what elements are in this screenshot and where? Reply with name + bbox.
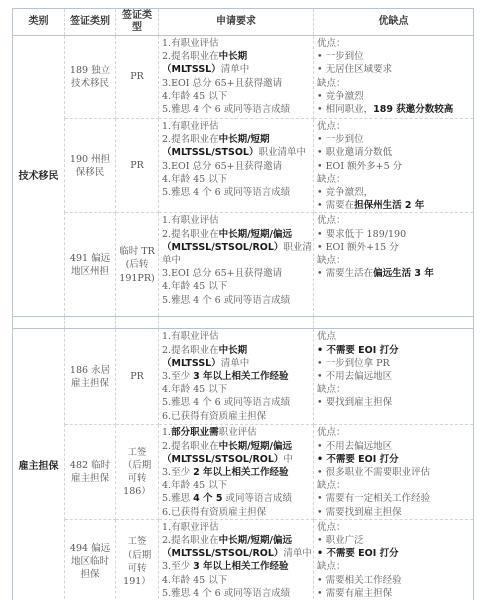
pros-cons-cell: 优点：• 一步到位• 无居住区域要求缺点：• 竞争激烈• 相同职业，189 获邀… [314, 36, 474, 119]
pros-cons-line: 优点： [317, 521, 470, 534]
requirement-line: （MLTSSL）清单中 [162, 63, 310, 76]
text-segment: • 要求低于 189/190 [317, 229, 406, 240]
visa-class-cell: 491 偏远地区州担 [65, 213, 116, 317]
text-segment: 4.年龄 45 以下 [162, 384, 227, 395]
pros-cons-line: • 很多职业不需要职业评估 [317, 466, 470, 479]
requirement-line: 5.雅思 4 个 6 或同等语言成绩 [162, 103, 310, 116]
pros-cons-line: • 需要找到雇主担保 [317, 506, 470, 519]
text-segment: 4.年龄 45 以下 [162, 91, 227, 102]
text-segment: • 不用去偏远地区 [317, 371, 392, 382]
header-pros-cons: 优缺点 [314, 9, 474, 36]
emphasis-text: 偏远生活 3 年 [373, 268, 434, 279]
text-segment: • 竞争激烈 [317, 91, 364, 102]
pros-cons-line: • 相同职业，189 获邀分数较高 [317, 103, 470, 116]
requirement-line: 2.提名职业在中长期/短期/偏远 [162, 228, 310, 241]
text-segment: • 一步到位拿 PR [317, 358, 390, 369]
requirement-line: 3.至少 3 年以上相关工作经验 [162, 560, 310, 573]
table-row: 技术移民189 独立技术移民PR1.有职业评估2.提名职业在中长期（MLTSSL… [13, 36, 474, 119]
requirement-line: （MLTSSL/STSOL/ROL）职业清 [162, 241, 310, 254]
visa-class-cell: 482 临时雇主担保 [65, 425, 116, 519]
visa-type-cell: 临时 TR (后转 191PR) [116, 213, 159, 317]
text-segment: 优点： [317, 522, 346, 533]
text-segment: • 需要有一定相关工作经验 [317, 493, 430, 504]
requirement-line: 5.雅思 4 个 5 或同等语言成绩 [162, 492, 310, 505]
text-segment: • 竞争激烈， [317, 187, 373, 198]
text-segment: 5.雅思 4 个 6 或同等语言成绩 [162, 295, 290, 306]
text-segment: 3.EOI 总分 65+且获得邀请 [162, 268, 282, 279]
text-segment: 1.有职业评估 [162, 331, 219, 342]
visa-type-cell: PR [116, 119, 159, 213]
pros-cons-line: • 需要有一定相关工作经验 [317, 492, 470, 505]
emphasis-text: 3 年以上相关工作经验 [193, 371, 288, 382]
text-segment: 缺点： [317, 480, 346, 491]
pros-cons-line: 优点： [317, 426, 470, 439]
pros-cons-line: • EOI 额外多+5 分 [317, 160, 470, 173]
emphasis-text: 部分职业需 [171, 427, 219, 438]
requirement-line: 1.有职业评估 [162, 521, 310, 534]
visa-type-cell: PR [116, 329, 159, 425]
text-segment: 优点： [317, 38, 346, 49]
emphasis-text: 中长期 [219, 51, 248, 62]
visa-class-cell: 186 永居雇主担保 [65, 329, 116, 425]
text-segment: 4.年龄 45 以下 [162, 480, 227, 491]
emphasis-text: 中长期/短期/偏远 [219, 441, 292, 452]
requirement-line: 1.有职业评估 [162, 330, 310, 343]
text-segment: 6.已获得有资质雇主担保 [162, 411, 266, 422]
requirement-line: （MLTSSL）清单中 [162, 357, 310, 370]
text-segment: • 相同职业， [317, 104, 373, 115]
requirement-line: 1.有职业评估 [162, 37, 310, 50]
text-segment: 缺点： [317, 78, 346, 89]
emphasis-text: （MLTSSL/STSOL） [162, 147, 259, 158]
text-segment: • 一步到位 [317, 134, 364, 145]
pros-cons-cell: 优点：• 不用去偏远地区• 不需要 EOI 打分• 很多职业不需要职业评估缺点：… [314, 425, 474, 519]
header-visa-type: 签证类型 [116, 9, 159, 36]
requirement-line: 3.EOI 总分 65+且获得邀请 [162, 160, 310, 173]
requirement-line: 5.雅思 4 个 6 或同等语言成绩 [162, 186, 310, 199]
table-row: 雇主担保186 永居雇主担保PR1.有职业评估2.提名职业在中长期（MLTSSL… [13, 329, 474, 425]
visa-class-cell: 190 州担保移民 [65, 119, 116, 213]
emphasis-text: （MLTSSL/STSOL/ROL） [162, 454, 283, 465]
text-segment: 优点 [317, 331, 336, 342]
pros-cons-line: • 职业邀请分数低 [317, 146, 470, 159]
text-segment: 清单中 [221, 358, 250, 369]
spacer-cell [116, 317, 159, 329]
requirement-line: 3.EOI 总分 65+且获得邀请 [162, 77, 310, 90]
requirement-line: 2.提名职业在中长期/短期 [162, 133, 310, 146]
pros-cons-line: • 不需要 EOI 打分 [317, 344, 470, 357]
pros-cons-line: 缺点： [317, 77, 470, 90]
pros-cons-line: • 一步到位 [317, 50, 470, 63]
requirement-line: 单中 [162, 254, 310, 267]
visa-class-cell: 494 偏远地区临时担保 [65, 519, 116, 600]
pros-cons-line: 缺点： [317, 560, 470, 573]
pros-cons-line: • 一步到位拿 PR [317, 357, 470, 370]
requirement-line: 2.提名职业在中长期/短期/偏远 [162, 534, 310, 547]
text-segment: 3.至少 [162, 467, 193, 478]
pros-cons-line: 缺点： [317, 479, 470, 492]
requirement-line: 3.至少 2 年以上相关工作经验 [162, 466, 310, 479]
text-segment: 中 [283, 454, 293, 465]
emphasis-text: 189 获邀分数较高 [373, 104, 453, 115]
category-cell: 技术移民 [13, 36, 65, 317]
text-segment: • EOI 额外多+5 分 [317, 161, 402, 172]
text-segment: 2.提名职业在 [162, 535, 219, 546]
pros-cons-cell: 优点：• 要求低于 189/190• EOI 额外+15 分缺点：• 需要生活在… [314, 213, 474, 317]
pros-cons-cell: 优点• 不需要 EOI 打分• 一步到位拿 PR• 不用去偏远地区缺点：• 要找… [314, 329, 474, 425]
pros-cons-line: • 竞争激烈， [317, 186, 470, 199]
requirement-line: 3.EOI 总分 65+且获得邀请 [162, 267, 310, 280]
header-requirements: 申请要求 [159, 9, 314, 36]
text-segment: 3.至少 [162, 371, 193, 382]
text-segment: 清单中 [283, 548, 312, 559]
emphasis-text: （MLTSSL） [162, 64, 221, 75]
text-segment: • 需要找到雇主担保 [317, 507, 402, 518]
visa-comparison-table: 类别 签证类别 签证类型 申请要求 优缺点 技术移民189 独立技术移民PR1.… [12, 8, 474, 600]
pros-cons-line: • 一步到位 [317, 133, 470, 146]
pros-cons-line: 缺点： [317, 383, 470, 396]
pros-cons-line: 优点 [317, 330, 470, 343]
text-segment: 2.提名职业在 [162, 134, 219, 145]
text-segment: 清单中 [221, 64, 250, 75]
requirement-line: 2.提名职业在中长期 [162, 50, 310, 63]
requirement-line: 2.提名职业在中长期/短期/偏远 [162, 440, 310, 453]
text-segment: • 需要有雇主担保 [317, 588, 392, 599]
text-segment: 1.有职业评估 [162, 215, 219, 226]
text-segment: 职业清 [283, 242, 312, 253]
pros-cons-line: 缺点： [317, 254, 470, 267]
emphasis-text: • 不需要 EOI 打分 [317, 345, 399, 356]
text-segment: 4.年龄 45 以下 [162, 174, 227, 185]
text-segment: 优点： [317, 215, 346, 226]
text-segment: • 需要在 [317, 200, 354, 211]
pros-cons-line: • 无居住区域要求 [317, 63, 470, 76]
emphasis-text: （MLTSSL/STSOL/ROL） [162, 548, 283, 559]
text-segment: 缺点： [317, 384, 346, 395]
requirement-line: 4.年龄 45 以下 [162, 173, 310, 186]
table-row: 491 偏远地区州担临时 TR (后转 191PR)1.有职业评估2.提名职业在… [13, 213, 474, 317]
text-segment: 2.提名职业在 [162, 441, 219, 452]
requirement-line: 4.年龄 45 以下 [162, 574, 310, 587]
requirements-cell: 1.有职业评估2.提名职业在中长期/短期/偏远（MLTSSL/STSOL/ROL… [159, 519, 314, 600]
emphasis-text: （MLTSSL/STSOL/ROL） [162, 242, 283, 253]
requirement-line: （MLTSSL/STSOL/ROL）中 [162, 453, 310, 466]
text-segment: 2.提名职业在 [162, 51, 219, 62]
requirement-line: 1.部分职业需职业评估 [162, 426, 310, 439]
spacer-cell [314, 317, 474, 329]
text-segment: 2.提名职业在 [162, 229, 219, 240]
requirement-line: 5.雅思 4 个 6 或同等语言成绩 [162, 294, 310, 307]
pros-cons-line: 优点： [317, 214, 470, 227]
pros-cons-line: • 需要相关工作经验 [317, 574, 470, 587]
requirement-line: 1.有职业评估 [162, 120, 310, 133]
pros-cons-line: • 需要有雇主担保 [317, 587, 470, 600]
emphasis-text: • 不需要 EOI 打分 [317, 548, 399, 559]
text-segment: 优点： [317, 427, 346, 438]
text-segment: • 职业邀请分数低 [317, 147, 392, 158]
table-row: 190 州担保移民PR1.有职业评估2.提名职业在中长期/短期（MLTSSL/S… [13, 119, 474, 213]
visa-type-cell: PR [116, 36, 159, 119]
table-row: 494 偏远地区临时担保工签（后期可转 191）1.有职业评估2.提名职业在中长… [13, 519, 474, 600]
table-row: 482 临时雇主担保工签（后期可转 186）1.部分职业需职业评估2.提名职业在… [13, 425, 474, 519]
pros-cons-line: • 职业广泛 [317, 534, 470, 547]
emphasis-text: 4 个 5 [193, 493, 222, 504]
visa-type-cell: 工签（后期可转 191） [116, 519, 159, 600]
text-segment: 5.雅思 4 个 6 或同等语言成绩 [162, 104, 290, 115]
text-segment: 3.EOI 总分 65+且获得邀请 [162, 161, 282, 172]
pros-cons-line: • 不用去偏远地区 [317, 440, 470, 453]
text-segment: 5.雅思 [162, 493, 193, 504]
pros-cons-line: 优点： [317, 37, 470, 50]
requirement-line: 4.年龄 45 以下 [162, 280, 310, 293]
text-segment: 3.EOI 总分 65+且获得邀请 [162, 78, 282, 89]
text-segment: 1.有职业评估 [162, 522, 219, 533]
requirement-line: 4.年龄 45 以下 [162, 90, 310, 103]
requirements-cell: 1.有职业评估2.提名职业在中长期（MLTSSL）清单中3.EOI 总分 65+… [159, 36, 314, 119]
emphasis-text: 2 年以上相关工作经验 [193, 467, 288, 478]
emphasis-text: 担保州生活 2 年 [354, 200, 424, 211]
requirement-line: 1.有职业评估 [162, 214, 310, 227]
text-segment: • 一步到位 [317, 51, 364, 62]
text-segment: • 无居住区域要求 [317, 64, 392, 75]
header-visa-class: 签证类别 [65, 9, 116, 36]
category-cell: 雇主担保 [13, 329, 65, 600]
emphasis-text: 3 年以上相关工作经验 [193, 561, 288, 572]
requirements-cell: 1.有职业评估2.提名职业在中长期/短期（MLTSSL/STSOL）职业清单中3… [159, 119, 314, 213]
requirements-cell: 1.有职业评估2.提名职业在中长期（MLTSSL）清单中3.至少 3 年以上相关… [159, 329, 314, 425]
group-spacer-row [13, 317, 474, 329]
pros-cons-line: • 不需要 EOI 打分 [317, 547, 470, 560]
pros-cons-line: 缺点： [317, 173, 470, 186]
pros-cons-line: 优点： [317, 120, 470, 133]
emphasis-text: • 不需要 EOI 打分 [317, 454, 399, 465]
text-segment: • 不用去偏远地区 [317, 441, 392, 452]
spacer-cell [159, 317, 314, 329]
text-segment: • 很多职业不需要职业评估 [317, 467, 430, 478]
text-segment: • 要找到雇主担保 [317, 397, 392, 408]
requirement-line: 5.雅思 4 个 6 或同等语言成绩 [162, 587, 310, 600]
pros-cons-line: • 需要在担保州生活 2 年 [317, 199, 470, 212]
spacer-cell [13, 317, 65, 329]
text-segment: 3.至少 [162, 561, 193, 572]
text-segment: • 职业广泛 [317, 535, 364, 546]
text-segment: 1.有职业评估 [162, 38, 219, 49]
text-segment: 5.雅思 4 个 6 或同等语言成绩 [162, 187, 290, 198]
text-segment: 优点： [317, 121, 346, 132]
text-segment: 6.已获得有资质雇主担保 [162, 507, 266, 518]
emphasis-text: 中长期 [219, 345, 248, 356]
pros-cons-cell: 优点：• 职业广泛• 不需要 EOI 打分缺点：• 需要相关工作经验• 需要有雇… [314, 519, 474, 600]
text-segment: 单中 [162, 255, 181, 266]
header-category: 类别 [13, 9, 65, 36]
requirements-cell: 1.部分职业需职业评估2.提名职业在中长期/短期/偏远（MLTSSL/STSOL… [159, 425, 314, 519]
text-segment: 4.年龄 45 以下 [162, 281, 227, 292]
requirement-line: 5.雅思 4 个 6 或同等语言成绩 [162, 396, 310, 409]
visa-class-cell: 189 独立技术移民 [65, 36, 116, 119]
text-segment: 或同等语言成绩 [222, 493, 292, 504]
text-segment: 5.雅思 4 个 6 或同等语言成绩 [162, 588, 290, 599]
requirement-line: 6.已获得有资质雇主担保 [162, 410, 310, 423]
text-segment: 4.年龄 45 以下 [162, 575, 227, 586]
emphasis-text: 中长期/短期 [219, 134, 270, 145]
pros-cons-line: • 竞争激烈 [317, 90, 470, 103]
pros-cons-line: • 需要生活在偏远生活 3 年 [317, 267, 470, 280]
requirement-line: 4.年龄 45 以下 [162, 383, 310, 396]
visa-type-cell: 工签（后期可转 186） [116, 425, 159, 519]
text-segment: 缺点： [317, 174, 346, 185]
text-segment: • 需要生活在 [317, 268, 373, 279]
emphasis-text: 中长期/短期/偏远 [219, 229, 292, 240]
spacer-cell [65, 317, 116, 329]
text-segment: 缺点： [317, 255, 346, 266]
pros-cons-line: • 不需要 EOI 打分 [317, 453, 470, 466]
text-segment: 职业清单中 [259, 147, 307, 158]
text-segment: • 需要相关工作经验 [317, 575, 402, 586]
pros-cons-line: • EOI 额外+15 分 [317, 241, 470, 254]
pros-cons-cell: 优点：• 一步到位• 职业邀请分数低• EOI 额外多+5 分缺点：• 竞争激烈… [314, 119, 474, 213]
text-segment: • EOI 额外+15 分 [317, 242, 399, 253]
requirement-line: 4.年龄 45 以下 [162, 479, 310, 492]
text-segment: 缺点： [317, 561, 346, 572]
requirement-line: 3.至少 3 年以上相关工作经验 [162, 370, 310, 383]
pros-cons-line: • 不用去偏远地区 [317, 370, 470, 383]
emphasis-text: （MLTSSL） [162, 358, 221, 369]
text-segment: 5.雅思 4 个 6 或同等语言成绩 [162, 397, 290, 408]
pros-cons-line: • 要找到雇主担保 [317, 396, 470, 409]
pros-cons-line: • 要求低于 189/190 [317, 228, 470, 241]
emphasis-text: 中长期/短期/偏远 [219, 535, 292, 546]
requirement-line: （MLTSSL/STSOL）职业清单中 [162, 146, 310, 159]
text-segment: 1. [162, 427, 171, 438]
header-row: 类别 签证类别 签证类型 申请要求 优缺点 [13, 9, 474, 36]
requirement-line: （MLTSSL/STSOL/ROL）清单中 [162, 547, 310, 560]
text-segment: 2.提名职业在 [162, 345, 219, 356]
text-segment: 职业评估 [219, 427, 257, 438]
requirements-cell: 1.有职业评估2.提名职业在中长期/短期/偏远（MLTSSL/STSOL/ROL… [159, 213, 314, 317]
requirement-line: 6.已获得有资质雇主担保 [162, 506, 310, 519]
requirement-line: 2.提名职业在中长期 [162, 344, 310, 357]
text-segment: 1.有职业评估 [162, 121, 219, 132]
